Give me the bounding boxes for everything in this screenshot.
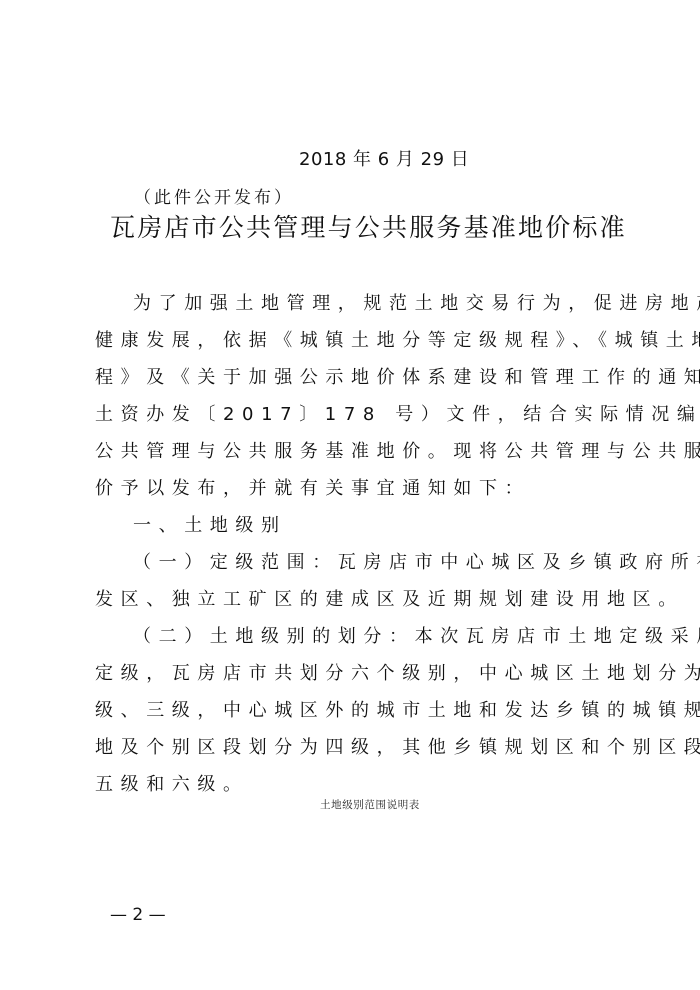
paragraph-scope-line-2: 发区、独立工矿区的建成区及近期规划建设用地区。 — [95, 581, 615, 618]
document-body: 为了加强土地管理，规范土地交易行为，促进房地产市场 健康发展，依据《城镇土地分等… — [95, 285, 615, 803]
paragraph-intro-line-1: 为了加强土地管理，规范土地交易行为，促进房地产市场 — [95, 285, 615, 322]
document-page: 2018 年 6 月 29 日 （此件公开发布） 瓦房店市公共管理与公共服务基准… — [0, 0, 700, 990]
paragraph-scope-line-1: （一）定级范围：瓦房店市中心城区及乡镇政府所在地、开 — [95, 544, 615, 581]
paragraph-division-line-1: （二）土地级别的划分：本次瓦房店市土地定级采用综合 — [95, 618, 615, 655]
paragraph-intro-line-6: 价予以发布，并就有关事宜通知如下： — [95, 470, 615, 507]
publication-notice: （此件公开发布） — [134, 183, 294, 208]
paragraph-intro-line-4: 土资办发〔2017〕178 号）文件，结合实际情况编制了瓦房市 — [95, 396, 615, 433]
paragraph-intro-line-3: 程》及《关于加强公示地价体系建设和管理工作的通知》（辽国 — [95, 359, 615, 396]
paragraph-division-line-4: 地及个别区段划分为四级，其他乡镇规划区和个别区段划分为 — [95, 729, 615, 766]
paragraph-division-line-2: 定级，瓦房店市共划分六个级别，中心城区土地划分为一级、二 — [95, 655, 615, 692]
document-title: 瓦房店市公共管理与公共服务基准地价标准 — [110, 208, 627, 244]
paragraph-division-line-3: 级、三级，中心城区外的城市土地和发达乡镇的城镇规划区内土 — [95, 692, 615, 729]
page-number: — 2 — — [110, 905, 166, 925]
document-date: 2018 年 6 月 29 日 — [299, 145, 469, 171]
paragraph-intro-line-2: 健康发展，依据《城镇土地分等定级规程》、《城镇土地估价规 — [95, 322, 615, 359]
table-caption: 土地级别范围说明表 — [320, 797, 420, 812]
section-heading-land-grades: 一、土地级别 — [95, 507, 615, 544]
paragraph-intro-line-5: 公共管理与公共服务基准地价。现将公共管理与公共服务基准地 — [95, 433, 615, 470]
